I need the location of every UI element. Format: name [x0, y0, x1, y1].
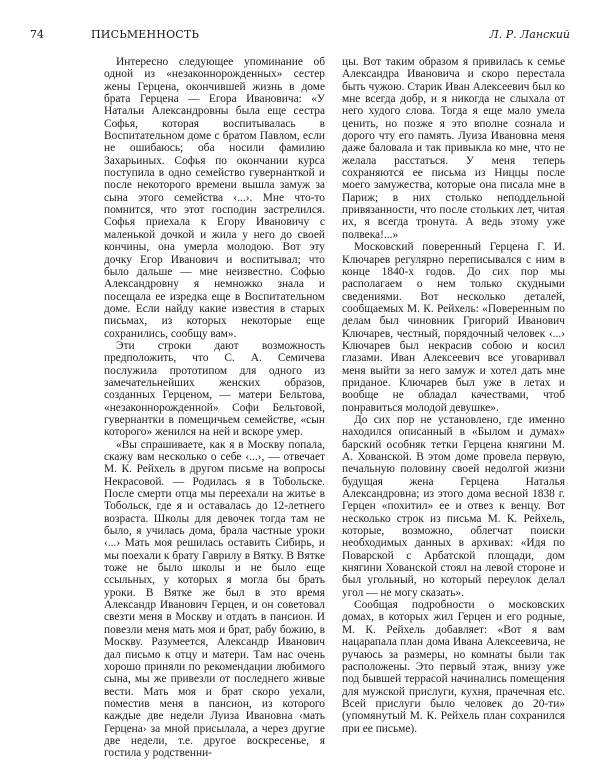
paragraph: До сих пор не установлено, где именно на…	[342, 414, 565, 599]
right-column: цы. Вот таким образом я привилась к семь…	[342, 56, 565, 735]
paragraph: Сообщая подробности о московских домах, …	[342, 599, 565, 735]
book-page: 74 ПИСЬМЕННОСТЬ Л. Р. Ланский Интересно …	[0, 0, 600, 777]
paragraph: Интересно следующее упоминание об одной …	[104, 56, 325, 340]
paragraph: Московский поверенный Герцена Г. И. Ключ…	[342, 241, 565, 414]
paragraph: Эти строки дают возможность предположить…	[104, 340, 325, 439]
paragraph: «Вы спрашиваете, как я в Москву попала, …	[104, 439, 325, 760]
running-head: 74 ПИСЬМЕННОСТЬ Л. Р. Ланский	[30, 28, 570, 44]
page-number: 74	[30, 28, 44, 41]
left-column: Интересно следующее упоминание об одной …	[104, 56, 325, 760]
paragraph: цы. Вот таким образом я привилась к семь…	[342, 56, 565, 241]
section-title: ПИСЬМЕННОСТЬ	[91, 28, 199, 41]
author-name: Л. Р. Ланский	[490, 28, 570, 41]
